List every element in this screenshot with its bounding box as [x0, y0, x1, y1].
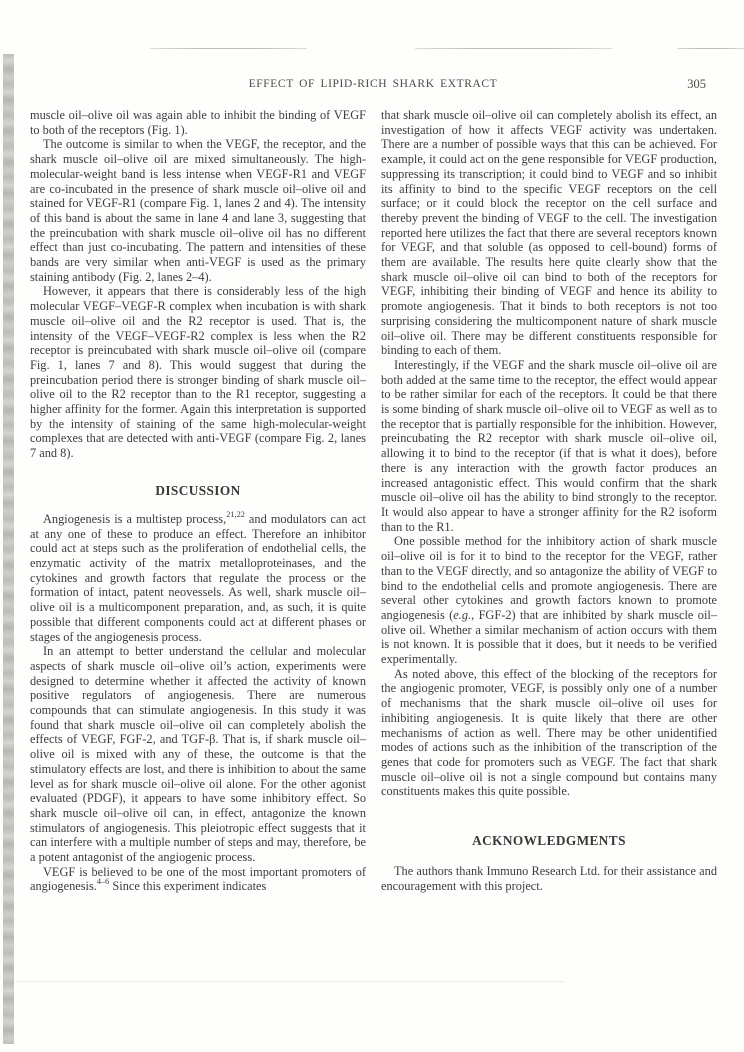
- paragraph: However, it appears that there is consid…: [30, 284, 366, 460]
- right-column: that shark muscle oil–olive oil can comp…: [381, 108, 717, 894]
- scan-line-artifact: [415, 48, 612, 49]
- scan-line-artifact: [150, 48, 307, 49]
- paragraph: Angiogenesis is a multistep process,21,2…: [30, 512, 366, 644]
- discussion-heading: DISCUSSION: [30, 483, 366, 499]
- paragraph: The authors thank Immuno Research Ltd. f…: [381, 864, 717, 893]
- acknowledgments-heading: ACKNOWLEDGMENTS: [381, 833, 717, 849]
- citation-superscript: 21,22: [226, 510, 245, 519]
- paragraph: that shark muscle oil–olive oil can comp…: [381, 108, 717, 358]
- left-column: muscle oil–olive oil was again able to i…: [30, 108, 366, 894]
- scan-line-artifact: [677, 48, 744, 49]
- paragraph-text: Angiogenesis is a multistep process,: [43, 512, 226, 526]
- paragraph: The outcome is similar to when the VEGF,…: [30, 137, 366, 284]
- paragraph: In an attempt to better understand the c…: [30, 644, 366, 865]
- scan-gutter-artifact: [3, 54, 14, 1044]
- journal-page: EFFECT OF LIPID-RICH SHARK EXTRACT 305 m…: [0, 0, 744, 1052]
- page-number: 305: [687, 77, 706, 92]
- paragraph-text: Since this experiment indicates: [109, 879, 266, 893]
- paragraph: One possible method for the inhibitory a…: [381, 534, 717, 666]
- two-column-body: muscle oil–olive oil was again able to i…: [30, 108, 717, 894]
- scan-noise-artifact: [5, 981, 565, 982]
- paragraph: muscle oil–olive oil was again able to i…: [30, 108, 366, 137]
- running-head: EFFECT OF LIPID-RICH SHARK EXTRACT 305: [30, 78, 716, 94]
- paragraph: Interestingly, if the VEGF and the shark…: [381, 358, 717, 534]
- citation-superscript: 4–6: [97, 877, 109, 886]
- paragraph-text: and modulators can act at any one of the…: [30, 512, 366, 644]
- running-title: EFFECT OF LIPID-RICH SHARK EXTRACT: [30, 78, 716, 90]
- latin-abbreviation: e.g.: [453, 608, 471, 622]
- paragraph: VEGF is believed to be one of the most i…: [30, 865, 366, 894]
- paragraph: As noted above, this effect of the block…: [381, 667, 717, 799]
